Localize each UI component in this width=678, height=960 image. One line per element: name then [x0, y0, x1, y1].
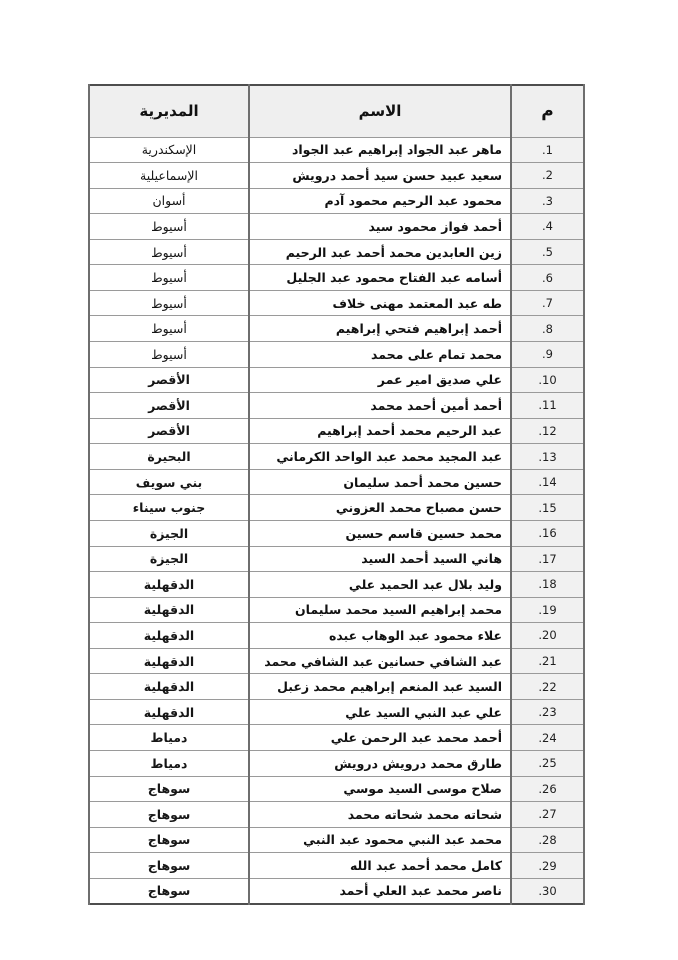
directorate-cell: الأقصر	[89, 418, 249, 444]
name-cell: ناصر محمد عبد العلي أحمد	[249, 878, 511, 904]
row-number-cell: 7.	[511, 290, 584, 316]
directorate-cell: أسيوط	[89, 290, 249, 316]
name-cell: علي صديق امير عمر	[249, 367, 511, 393]
row-number-cell: 15.	[511, 495, 584, 521]
directorate-cell: الدقهلية	[89, 674, 249, 700]
directorate-cell: الإسكندرية	[89, 137, 249, 163]
name-cell: حسن مصباح محمد العزوني	[249, 495, 511, 521]
row-number-cell: 29.	[511, 853, 584, 879]
name-cell: أحمد فواز محمود سيد	[249, 214, 511, 240]
row-number-cell: 3.	[511, 188, 584, 214]
row-number-cell: 21.	[511, 648, 584, 674]
row-number-cell: 20.	[511, 623, 584, 649]
directorate-cell: أسيوط	[89, 265, 249, 291]
directorate-cell: الأقصر	[89, 393, 249, 419]
table-row: 13.عبد المجيد محمد عبد الواحد الكرمانيال…	[89, 444, 584, 470]
table-row: 7.طه عبد المعتمد مهنى خلافأسيوط	[89, 290, 584, 316]
table-row: 1.ماهر عبد الجواد إبراهيم عبد الجوادالإس…	[89, 137, 584, 163]
table-body: 1.ماهر عبد الجواد إبراهيم عبد الجوادالإس…	[89, 137, 584, 904]
row-number-cell: 25.	[511, 751, 584, 777]
directorate-cell: أسوان	[89, 188, 249, 214]
directorate-cell: جنوب سيناء	[89, 495, 249, 521]
table-row: 9.محمد تمام على محمدأسيوط	[89, 342, 584, 368]
name-cell: حسين محمد أحمد سليمان	[249, 469, 511, 495]
header-row: م الاسم المديرية	[89, 85, 584, 137]
table-row: 5.زين العابدين محمد أحمد عبد الرحيمأسيوط	[89, 239, 584, 265]
directorate-cell: دمياط	[89, 725, 249, 751]
directorate-cell: سوهاج	[89, 878, 249, 904]
row-number-cell: 10.	[511, 367, 584, 393]
directorate-cell: سوهاج	[89, 853, 249, 879]
table-row: 15.حسن مصباح محمد العزونيجنوب سيناء	[89, 495, 584, 521]
row-number-cell: 8.	[511, 316, 584, 342]
directorate-cell: بني سويف	[89, 469, 249, 495]
directorate-cell: أسيوط	[89, 316, 249, 342]
roster-table: م الاسم المديرية 1.ماهر عبد الجواد إبراه…	[88, 84, 585, 905]
row-number-cell: 26.	[511, 776, 584, 802]
directorate-cell: الدقهلية	[89, 597, 249, 623]
name-cell: محمد عبد النبي محمود عبد النبي	[249, 827, 511, 853]
table-row: 19.محمد إبراهيم السيد محمد سليمانالدقهلي…	[89, 597, 584, 623]
table-row: 4.أحمد فواز محمود سيدأسيوط	[89, 214, 584, 240]
name-cell: السيد عبد المنعم إبراهيم محمد زعبل	[249, 674, 511, 700]
row-number-cell: 27.	[511, 802, 584, 828]
name-cell: صلاح موسى السيد موسي	[249, 776, 511, 802]
directorate-cell: البحيرة	[89, 444, 249, 470]
name-cell: أحمد محمد عبد الرحمن علي	[249, 725, 511, 751]
table-row: 18.وليد بلال عبد الحميد عليالدقهلية	[89, 572, 584, 598]
table-row: 16.محمد حسين قاسم حسينالجيزة	[89, 520, 584, 546]
row-number-cell: 4.	[511, 214, 584, 240]
name-cell: سعيد عبيد حسن سيد أحمد درويش	[249, 163, 511, 189]
row-number-cell: 6.	[511, 265, 584, 291]
row-number-cell: 1.	[511, 137, 584, 163]
name-cell: عبد الشافي حسانين عبد الشافي محمد	[249, 648, 511, 674]
directorate-cell: أسيوط	[89, 214, 249, 240]
name-cell: محمد تمام على محمد	[249, 342, 511, 368]
name-cell: طارق محمد درويش درويش	[249, 751, 511, 777]
name-cell: ماهر عبد الجواد إبراهيم عبد الجواد	[249, 137, 511, 163]
name-cell: هاني السيد أحمد السيد	[249, 546, 511, 572]
name-cell: عبد الرحيم محمد أحمد إبراهيم	[249, 418, 511, 444]
directorate-cell: سوهاج	[89, 827, 249, 853]
directorate-cell: الدقهلية	[89, 648, 249, 674]
row-number-cell: 22.	[511, 674, 584, 700]
directorate-cell: دمياط	[89, 751, 249, 777]
directorate-cell: الأقصر	[89, 367, 249, 393]
name-cell: شحاته محمد شحاته محمد	[249, 802, 511, 828]
scanned-document-page: م الاسم المديرية 1.ماهر عبد الجواد إبراه…	[0, 0, 678, 960]
row-number-cell: 24.	[511, 725, 584, 751]
column-header-name: الاسم	[249, 85, 511, 137]
column-header-directorate: المديرية	[89, 85, 249, 137]
table-row: 22.السيد عبد المنعم إبراهيم محمد زعبلالد…	[89, 674, 584, 700]
directorate-cell: الدقهلية	[89, 623, 249, 649]
directorate-cell: الجيزة	[89, 520, 249, 546]
table-row: 26.صلاح موسى السيد موسيسوهاج	[89, 776, 584, 802]
directorate-cell: الدقهلية	[89, 572, 249, 598]
name-cell: محمود عبد الرحيم محمود آدم	[249, 188, 511, 214]
row-number-cell: 14.	[511, 469, 584, 495]
row-number-cell: 23.	[511, 699, 584, 725]
table-row: 28.محمد عبد النبي محمود عبد النبيسوهاج	[89, 827, 584, 853]
row-number-cell: 12.	[511, 418, 584, 444]
name-cell: عبد المجيد محمد عبد الواحد الكرماني	[249, 444, 511, 470]
table-header: م الاسم المديرية	[89, 85, 584, 137]
row-number-cell: 19.	[511, 597, 584, 623]
row-number-cell: 18.	[511, 572, 584, 598]
name-cell: أسامه عبد الفتاح محمود عبد الجليل	[249, 265, 511, 291]
name-cell: علي عبد النبي السيد علي	[249, 699, 511, 725]
table-row: 6.أسامه عبد الفتاح محمود عبد الجليلأسيوط	[89, 265, 584, 291]
row-number-cell: 30.	[511, 878, 584, 904]
table-row: 2.سعيد عبيد حسن سيد أحمد درويشالإسماعيلي…	[89, 163, 584, 189]
directorate-cell: الدقهلية	[89, 699, 249, 725]
table-row: 10.علي صديق امير عمرالأقصر	[89, 367, 584, 393]
name-cell: كامل محمد أحمد عبد الله	[249, 853, 511, 879]
name-cell: محمد حسين قاسم حسين	[249, 520, 511, 546]
table-row: 24.أحمد محمد عبد الرحمن عليدمياط	[89, 725, 584, 751]
table-row: 8.أحمد إبراهيم فتحي إبراهيمأسيوط	[89, 316, 584, 342]
directorate-cell: سوهاج	[89, 802, 249, 828]
name-cell: زين العابدين محمد أحمد عبد الرحيم	[249, 239, 511, 265]
directorate-cell: سوهاج	[89, 776, 249, 802]
row-number-cell: 5.	[511, 239, 584, 265]
table-row: 25.طارق محمد درويش درويشدمياط	[89, 751, 584, 777]
row-number-cell: 9.	[511, 342, 584, 368]
name-cell: محمد إبراهيم السيد محمد سليمان	[249, 597, 511, 623]
column-header-number: م	[511, 85, 584, 137]
row-number-cell: 16.	[511, 520, 584, 546]
row-number-cell: 2.	[511, 163, 584, 189]
directorate-cell: أسيوط	[89, 239, 249, 265]
table-row: 20.علاء محمود عبد الوهاب عبدهالدقهلية	[89, 623, 584, 649]
table-row: 14.حسين محمد أحمد سليمانبني سويف	[89, 469, 584, 495]
name-cell: أحمد إبراهيم فتحي إبراهيم	[249, 316, 511, 342]
row-number-cell: 13.	[511, 444, 584, 470]
table-row: 3.محمود عبد الرحيم محمود آدمأسوان	[89, 188, 584, 214]
name-cell: أحمد أمين أحمد محمد	[249, 393, 511, 419]
table-row: 12.عبد الرحيم محمد أحمد إبراهيمالأقصر	[89, 418, 584, 444]
table-row: 27.شحاته محمد شحاته محمدسوهاج	[89, 802, 584, 828]
name-cell: طه عبد المعتمد مهنى خلاف	[249, 290, 511, 316]
table-row: 11.أحمد أمين أحمد محمدالأقصر	[89, 393, 584, 419]
name-cell: وليد بلال عبد الحميد علي	[249, 572, 511, 598]
table-row: 29.كامل محمد أحمد عبد اللهسوهاج	[89, 853, 584, 879]
table-row: 17.هاني السيد أحمد السيدالجيزة	[89, 546, 584, 572]
table-row: 23.علي عبد النبي السيد عليالدقهلية	[89, 699, 584, 725]
table-row: 30.ناصر محمد عبد العلي أحمدسوهاج	[89, 878, 584, 904]
directorate-cell: الجيزة	[89, 546, 249, 572]
table-row: 21.عبد الشافي حسانين عبد الشافي محمدالدق…	[89, 648, 584, 674]
name-cell: علاء محمود عبد الوهاب عبده	[249, 623, 511, 649]
row-number-cell: 17.	[511, 546, 584, 572]
directorate-cell: الإسماعيلية	[89, 163, 249, 189]
directorate-cell: أسيوط	[89, 342, 249, 368]
row-number-cell: 28.	[511, 827, 584, 853]
row-number-cell: 11.	[511, 393, 584, 419]
